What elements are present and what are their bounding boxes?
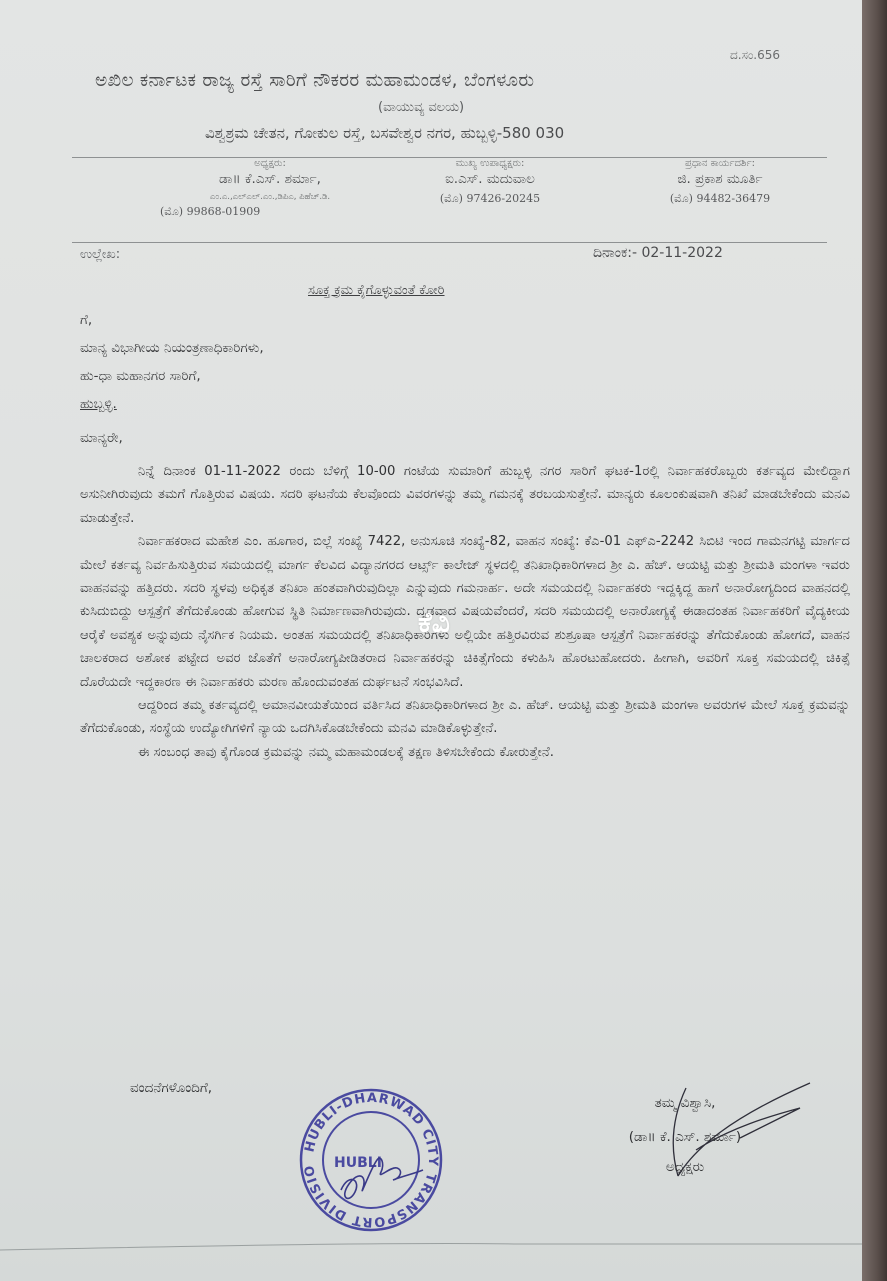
officer-name: ಡಾ॥ ಕೆ.ಎಸ್. ಶರ್ಮಾ, [140, 171, 400, 187]
recipient-address: ಗೆ, ಮಾನ್ಯ ವಿಭಾಗೀಯ ನಿಯಂತ್ರಣಾಧಿಕಾರಿಗಳು, ಹು… [80, 306, 264, 418]
signature-block: ತಮ್ಮ ವಿಶ್ವಾಸಿ, (ಡಾ॥ ಕೆ. ಎಸ್. ಶರ್ಮಾ) ಅಧ್ಯ… [590, 1095, 780, 1189]
reference-label: ಉಲ್ಲೇಖ: [80, 247, 120, 262]
official-stamp: HUBLI-DHARWAD CITY TRANSPORT DIVISION HU… [296, 1085, 446, 1233]
signatory-title: ಅಧ್ಯಕ್ಷರು [590, 1159, 780, 1175]
officer-phone: (ಮೊ) 99868-01909 [160, 205, 400, 219]
body-paragraph: ನಿನ್ನೆ ದಿನಾಂಕ 01-11-2022 ರಂದು ಬೆಳಿಗ್ಗೆ 1… [80, 460, 850, 530]
officer-vice-president: ಮುಖ್ಯ ಉಪಾಧ್ಯಕ್ಷರು: ಐ.ಎಸ್. ಮದುವಾಲ (ಮೊ) 97… [420, 158, 560, 206]
reference-number: ದ.ಸಂ.656 [730, 48, 780, 63]
body-paragraph: ನಿರ್ವಾಹಕರಾದ ಮಹೇಶ ಎಂ. ಹೂಗಾರ, ಬಿಲ್ಲೆ ಸಂಖ್ಯ… [80, 530, 850, 694]
paper-fold-shadow [0, 1240, 862, 1252]
table-edge [862, 0, 887, 1281]
signatory-name: (ಡಾ॥ ಕೆ. ಎಸ್. ಶರ್ಮಾ) [590, 1129, 780, 1145]
salutation: ಮಾನ್ಯರೇ, [80, 430, 123, 446]
header-divider-bottom [72, 242, 827, 243]
officer-phone: (ಮೊ) 94482-36479 [640, 192, 800, 206]
recipient-line: ಹು-ಧಾ ಮಹಾನಗರ ಸಾರಿಗೆ, [80, 362, 264, 390]
letter-date: ದಿನಾಂಕ:- 02-11-2022 [593, 245, 723, 261]
yours-faithfully: ತಮ್ಮ ವಿಶ್ವಾಸಿ, [590, 1095, 780, 1111]
letter-subject: ಸೂಕ್ತ ಕ್ರಮ ಕೈಗೊಳ್ಳುವಂತೆ ಕೋರಿ [308, 283, 445, 298]
officer-general-secretary: ಪ್ರಧಾನ ಕಾರ್ಯದರ್ಶಿ: ಜಿ. ಪ್ರಕಾಶ ಮೂರ್ತಿ (ಮೊ… [640, 158, 800, 206]
watermark-text: ಕೆವಿ [418, 606, 450, 640]
officer-name: ಐ.ಎಸ್. ಮದುವಾಲ [420, 171, 560, 187]
recipient-line: ಮಾನ್ಯ ವಿಭಾಗೀಯ ನಿಯಂತ್ರಣಾಧಿಕಾರಿಗಳು, [80, 334, 264, 362]
officer-role: ಮುಖ್ಯ ಉಪಾಧ್ಯಕ್ಷರು: [420, 158, 560, 169]
letter-body: ನಿನ್ನೆ ದಿನಾಂಕ 01-11-2022 ರಂದು ಬೆಳಿಗ್ಗೆ 1… [80, 460, 850, 764]
officer-qualification: ಎಂ.ಎ.,ಎಲ್‌ಎಲ್.ಎಂ.,ಡಿಪಿಎ, ಪಿಹೆಚ್.ಡಿ. [140, 192, 400, 202]
officer-name: ಜಿ. ಪ್ರಕಾಶ ಮೂರ್ತಿ [640, 171, 800, 187]
zone-label: (ವಾಯುವ್ಯ ವಲಯ) [378, 100, 464, 115]
organization-name: ಅಖಿಲ ಕರ್ನಾಟಕ ರಾಜ್ಯ ರಸ್ತೆ ಸಾರಿಗೆ ನೌಕರರ ಮಹ… [95, 70, 534, 91]
closing-greeting: ವಂದನೆಗಳೊಂದಿಗೆ, [130, 1080, 212, 1096]
officer-president: ಅಧ್ಯಕ್ಷರು: ಡಾ॥ ಕೆ.ಎಸ್. ಶರ್ಮಾ, ಎಂ.ಎ.,ಎಲ್‌… [140, 158, 400, 219]
officer-role: ಅಧ್ಯಕ್ಷರು: [140, 158, 400, 169]
body-paragraph: ಈ ಸಂಬಂಧ ತಾವು ಕೈಗೊಂಡ ಕ್ರಮವನ್ನು ನಮ್ಮ ಮಹಾಮಂ… [80, 741, 850, 764]
organization-address: ವಿಶ್ವಶ್ರಮ ಚೇತನ, ಗೋಕುಲ ರಸ್ತೆ, ಬಸವೇಶ್ವರ ನಗ… [205, 124, 564, 142]
recipient-line: ಹುಬ್ಬಳ್ಳಿ. [80, 390, 264, 418]
officer-phone: (ಮೊ) 97426-20245 [420, 192, 560, 206]
officer-role: ಪ್ರಧಾನ ಕಾರ್ಯದರ್ಶಿ: [640, 158, 800, 169]
body-paragraph: ಆದ್ದರಿಂದ ತಮ್ಮ ಕರ್ತವ್ಯದಲ್ಲಿ ಅಮಾನವೀಯತೆಯಿಂದ… [80, 694, 850, 741]
recipient-line: ಗೆ, [80, 306, 264, 334]
